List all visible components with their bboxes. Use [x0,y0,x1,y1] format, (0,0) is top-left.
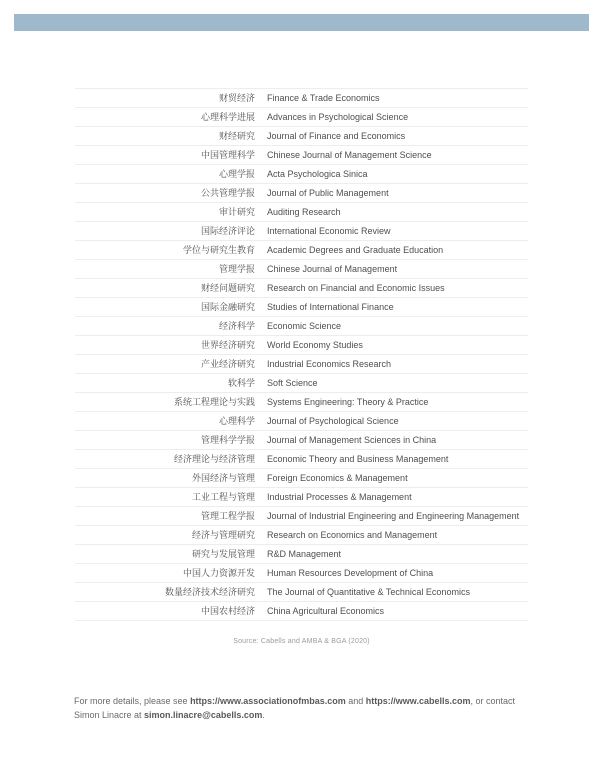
journal-name-english: Research on Financial and Economic Issue… [267,279,528,297]
table-row: 审计研究Auditing Research [75,203,528,222]
table-row: 经济与管理研究Research on Economics and Managem… [75,526,528,545]
table-row: 数量经济技术经济研究The Journal of Quantitative & … [75,583,528,602]
journal-name-english: Journal of Public Management [267,184,528,202]
journal-name-english: The Journal of Quantitative & Technical … [267,583,528,601]
journal-name-chinese: 审计研究 [75,203,255,221]
footer-text: For more details, please see [74,696,190,706]
journal-name-english: Economic Science [267,317,528,335]
table-row: 财贸经济Finance & Trade Economics [75,89,528,108]
journal-name-chinese: 国际经济评论 [75,222,255,240]
table-row: 经济理论与经济管理Economic Theory and Business Ma… [75,450,528,469]
table-row: 管理工程学报Journal of Industrial Engineering … [75,507,528,526]
journal-name-chinese: 财贸经济 [75,89,255,107]
journal-name-chinese: 经济理论与经济管理 [75,450,255,468]
journal-name-chinese: 产业经济研究 [75,355,255,373]
table-row: 国际金融研究Studies of International Finance [75,298,528,317]
table-row: 管理科学学报Journal of Management Sciences in … [75,431,528,450]
journal-table: 财贸经济Finance & Trade Economics心理科学进展Advan… [75,88,528,621]
journal-name-chinese: 公共管理学报 [75,184,255,202]
table-row: 研究与发展管理R&D Management [75,545,528,564]
journal-name-chinese: 国际金融研究 [75,298,255,316]
journal-name-english: Academic Degrees and Graduate Education [267,241,528,259]
table-row: 工业工程与管理Industrial Processes & Management [75,488,528,507]
journal-name-english: Journal of Management Sciences in China [267,431,528,449]
journal-name-chinese: 财经问题研究 [75,279,255,297]
table-row: 世界经济研究World Economy Studies [75,336,528,355]
journal-name-english: Soft Science [267,374,528,392]
table-row: 公共管理学报Journal of Public Management [75,184,528,203]
journal-name-english: Auditing Research [267,203,528,221]
journal-name-chinese: 管理科学学报 [75,431,255,449]
table-row: 学位与研究生教育Academic Degrees and Graduate Ed… [75,241,528,260]
journal-name-chinese: 工业工程与管理 [75,488,255,506]
footer-link-text: https://www.associationofmbas.com [190,696,346,706]
journal-name-chinese: 外国经济与管理 [75,469,255,487]
footer-note: For more details, please see https://www… [74,694,536,722]
footer-text: and [346,696,366,706]
source-note: Source: Cabells and AMBA & BGA (2020) [75,638,528,645]
table-row: 管理学报Chinese Journal of Management [75,260,528,279]
journal-name-chinese: 研究与发展管理 [75,545,255,563]
journal-name-chinese: 中国管理科学 [75,146,255,164]
footer-text: . [262,710,265,720]
journal-name-english: International Economic Review [267,222,528,240]
table-row: 国际经济评论International Economic Review [75,222,528,241]
table-row: 心理科学Journal of Psychological Science [75,412,528,431]
table-row: 系统工程理论与实践Systems Engineering: Theory & P… [75,393,528,412]
journal-name-chinese: 经济科学 [75,317,255,335]
journal-name-chinese: 管理学报 [75,260,255,278]
journal-name-chinese: 心理科学进展 [75,108,255,126]
journal-name-english: Journal of Psychological Science [267,412,528,430]
journal-name-chinese: 中国农村经济 [75,602,255,620]
journal-name-english: Human Resources Development of China [267,564,528,582]
journal-name-chinese: 心理科学 [75,412,255,430]
journal-name-english: China Agricultural Economics [267,602,528,620]
table-row: 心理学报Acta Psychologica Sinica [75,165,528,184]
journal-name-chinese: 财经研究 [75,127,255,145]
table-row: 中国人力资源开发Human Resources Development of C… [75,564,528,583]
journal-name-english: Research on Economics and Management [267,526,528,544]
table-row: 产业经济研究Industrial Economics Research [75,355,528,374]
journal-name-chinese: 管理工程学报 [75,507,255,525]
table-row: 外国经济与管理Foreign Economics & Management [75,469,528,488]
journal-name-english: World Economy Studies [267,336,528,354]
journal-name-english: Finance & Trade Economics [267,89,528,107]
table-row: 中国农村经济China Agricultural Economics [75,602,528,621]
footer-link-text: simon.linacre@cabells.com [144,710,262,720]
journal-name-english: Foreign Economics & Management [267,469,528,487]
journal-name-english: Acta Psychologica Sinica [267,165,528,183]
journal-name-chinese: 数量经济技术经济研究 [75,583,255,601]
table-row: 软科学Soft Science [75,374,528,393]
journal-name-chinese: 软科学 [75,374,255,392]
journal-name-english: Advances in Psychological Science [267,108,528,126]
journal-name-chinese: 经济与管理研究 [75,526,255,544]
journal-name-english: Chinese Journal of Management [267,260,528,278]
journal-name-english: Systems Engineering: Theory & Practice [267,393,528,411]
journal-name-english: Chinese Journal of Management Science [267,146,528,164]
journal-name-english: Economic Theory and Business Management [267,450,528,468]
table-row: 心理科学进展Advances in Psychological Science [75,108,528,127]
journal-name-chinese: 世界经济研究 [75,336,255,354]
journal-name-chinese: 系统工程理论与实践 [75,393,255,411]
journal-name-chinese: 中国人力资源开发 [75,564,255,582]
journal-name-english: Journal of Industrial Engineering and En… [267,507,528,525]
table-row: 财经问题研究Research on Financial and Economic… [75,279,528,298]
journal-name-english: Journal of Finance and Economics [267,127,528,145]
footer-link-text: https://www.cabells.com [366,696,471,706]
journal-name-chinese: 学位与研究生教育 [75,241,255,259]
document-page: 财贸经济Finance & Trade Economics心理科学进展Advan… [0,0,603,776]
table-row: 财经研究Journal of Finance and Economics [75,127,528,146]
journal-name-chinese: 心理学报 [75,165,255,183]
table-row: 经济科学Economic Science [75,317,528,336]
journal-name-english: R&D Management [267,545,528,563]
journal-name-english: Studies of International Finance [267,298,528,316]
header-bar [14,14,589,31]
table-row: 中国管理科学Chinese Journal of Management Scie… [75,146,528,165]
journal-name-english: Industrial Processes & Management [267,488,528,506]
journal-name-english: Industrial Economics Research [267,355,528,373]
